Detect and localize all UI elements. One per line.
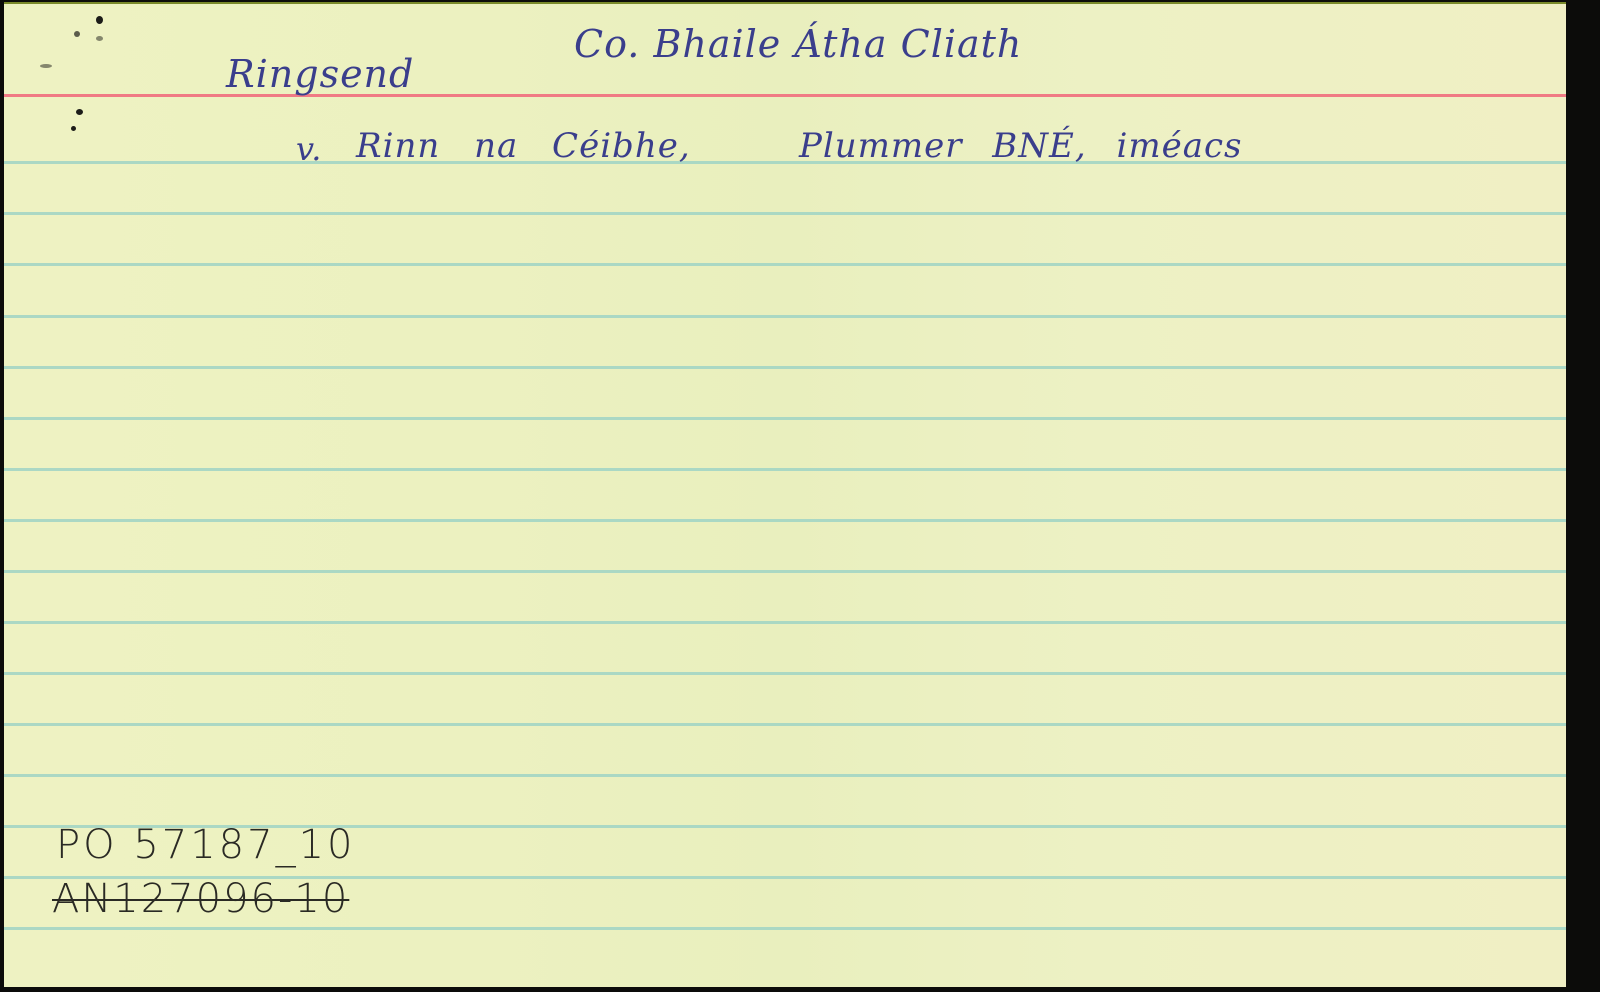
blue-rule [4, 672, 1566, 675]
place-name-heading: Ringsend [226, 52, 414, 96]
index-card: Co. Bhaile Átha Cliath Ringsend v. Rinn … [4, 2, 1566, 987]
blue-rule [4, 468, 1566, 471]
blue-rule [4, 315, 1566, 318]
blue-rule [4, 774, 1566, 777]
speck-mark [96, 16, 103, 24]
blue-rule [4, 927, 1566, 930]
speck-mark [40, 64, 52, 68]
blue-rule [4, 621, 1566, 624]
speck-mark [96, 36, 103, 41]
blue-rule [4, 366, 1566, 369]
speck-mark [74, 31, 80, 37]
irish-name: Rinn na Céibhe, [356, 126, 691, 166]
blue-rule [4, 161, 1566, 164]
reference-current: PO 57187_10 [56, 822, 355, 868]
speck-mark [71, 126, 76, 131]
blue-rule [4, 263, 1566, 266]
county-heading: Co. Bhaile Átha Cliath [574, 22, 1022, 66]
reference-struck-out: AN127096-10 [52, 876, 349, 922]
entry-prefix: v. [296, 130, 322, 168]
speck-mark [76, 109, 83, 115]
source-reference: Plummer BNÉ, iméacs [799, 126, 1242, 166]
blue-rule [4, 417, 1566, 420]
blue-rule [4, 723, 1566, 726]
blue-rule [4, 519, 1566, 522]
blue-rule [4, 212, 1566, 215]
blue-rule [4, 570, 1566, 573]
